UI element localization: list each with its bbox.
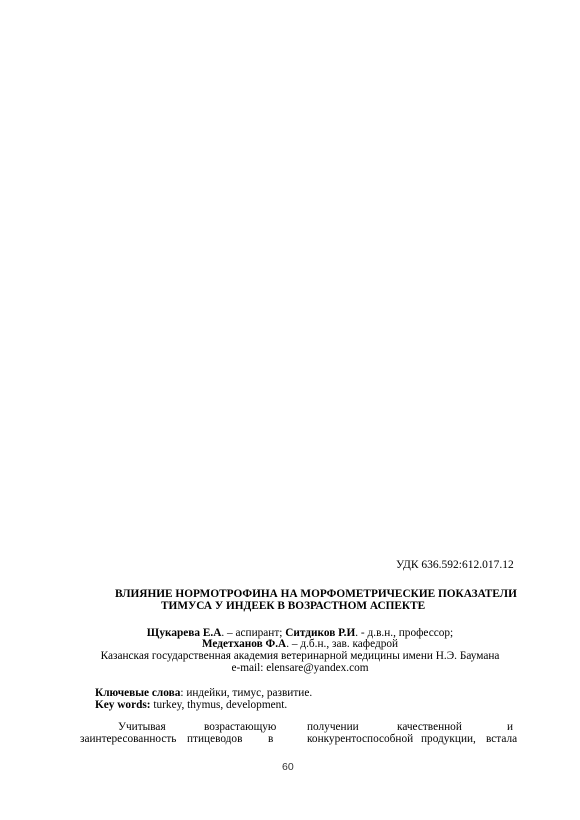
keywords-ru: Ключевые слова: индейки, тимус, развитие…: [95, 687, 312, 699]
paragraph-word: качественной: [397, 721, 462, 733]
paragraph-word: встала: [486, 733, 517, 745]
page-number: 60: [282, 761, 294, 773]
keywords-ru-label: Ключевые слова: [95, 687, 180, 699]
paragraph-word: Учитывая: [118, 721, 166, 733]
keywords-en-label: Key words:: [95, 699, 151, 711]
paragraph-word: получении: [307, 721, 359, 733]
article-title-line-1: ВЛИЯНИЕ НОРМОТРОФИНА НА МОРФОМЕТРИЧЕСКИЕ…: [115, 588, 580, 600]
paragraph-word: возрастающую: [204, 721, 276, 733]
paragraph-word: заинтересованность: [80, 733, 176, 745]
affiliation: Казанская государственная академия ветер…: [0, 650, 580, 662]
keywords-en: Key words: turkey, thymus, development.: [95, 699, 287, 711]
paragraph-word: в: [268, 733, 273, 745]
email: e-mail: elensare@yandex.com: [0, 662, 580, 674]
author-name: Медетханов Ф.А: [202, 638, 286, 650]
udk-code: УДК 636.592:612.017.12: [396, 559, 514, 571]
article-title-line-2: ТИМУСА У ИНДЕЕК В ВОЗРАСТНОМ АСПЕКТЕ: [161, 600, 580, 612]
paragraph-word: конкурентоспособной: [307, 733, 413, 745]
paragraph-word: птицеводов: [187, 733, 242, 745]
paragraph-word: продукции,: [421, 733, 476, 745]
paragraph-word: и: [507, 721, 513, 733]
authors-line-2: Медетханов Ф.А. – д.б.н., зав. кафедрой: [0, 638, 580, 650]
